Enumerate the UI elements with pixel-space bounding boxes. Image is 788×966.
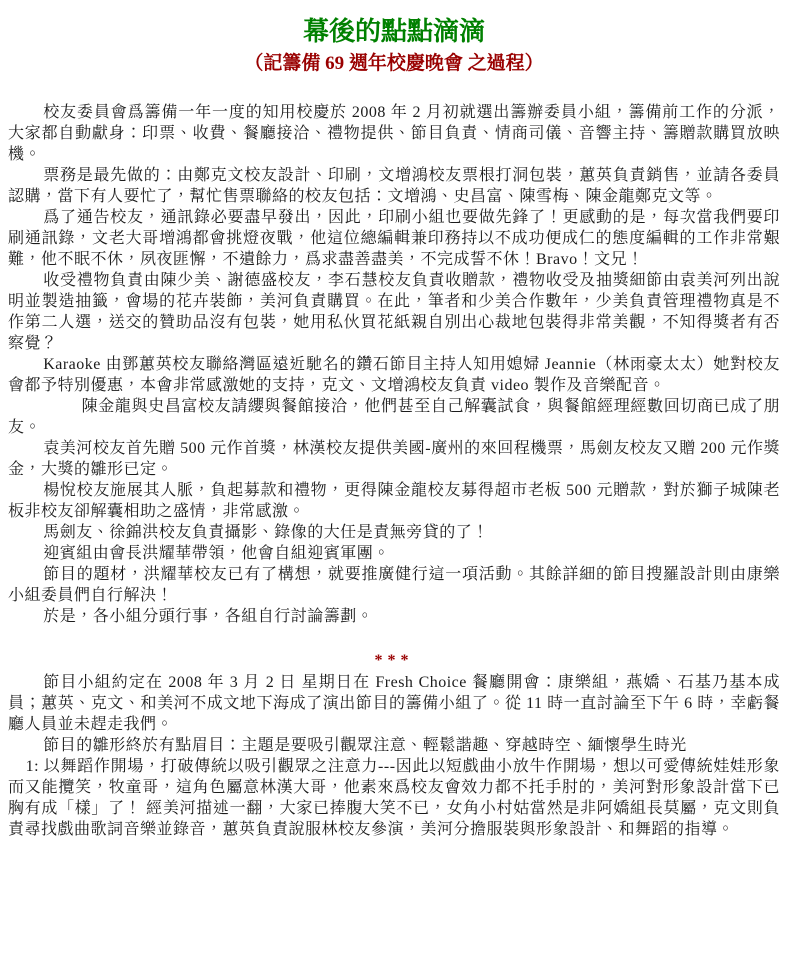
section-divider: *** [8, 650, 780, 671]
paragraph: 陳金龍與史昌富校友請纓與餐館接洽，他們甚至自己解囊試食，與餐館經理經數回切商已成… [8, 396, 780, 438]
paragraph: 票務是最先做的：由鄭克文校友設計、印刷，文增鴻校友票根打洞包裝，蕙英負責銷售，並… [8, 165, 780, 207]
paragraph: 節目小組約定在 2008 年 3 月 2 日 星期日在 Fresh Choice… [8, 672, 780, 735]
paragraph: 爲了通告校友，通訊錄必要盡早發出，因此，印刷小組也要做先鋒了！更感動的是，每次當… [8, 207, 780, 270]
paragraph: 於是，各小組分頭行事，各組自行討論籌劃。 [8, 606, 780, 627]
paragraph: 節目的題材，洪耀華校友已有了構想，就要推廣健行這一項活動。其餘詳細的節目搜羅設計… [8, 564, 780, 606]
paragraph: Karaoke 由鄧蕙英校友聯絡灣區遠近馳名的鑽石節目主持人知用媳婦 Jeann… [8, 354, 780, 396]
document-page: 幕後的點點滴滴 （記籌備 69 週年校慶晚會 之過程） 校友委員會爲籌備一年一度… [0, 0, 788, 860]
page-title: 幕後的點點滴滴 [8, 16, 780, 47]
page-subtitle: （記籌備 69 週年校慶晚會 之過程） [8, 53, 780, 76]
paragraph: 校友委員會爲籌備一年一度的知用校慶於 2008 年 2 月初就選出籌辦委員小組，… [8, 102, 780, 165]
paragraph: 收受禮物負責由陳少美、謝德盛校友，李石慧校友負責收贈款，禮物收受及抽獎細節由袁美… [8, 270, 780, 354]
paragraph: 馬劍友、徐錦洪校友負責攝影、錄像的大任是責無旁貸的了！ [8, 522, 780, 543]
paragraph: 1: 以舞蹈作開場，打破傳統以吸引觀眾之注意力---因此以短戲曲小放牛作開場，想… [8, 756, 780, 840]
paragraph: 楊悅校友施展其人脈，負起募款和禮物，更得陳金龍校友募得超市老板 500 元贈款，… [8, 480, 780, 522]
paragraph: 迎賓組由會長洪耀華帶領，他會自組迎賓軍團。 [8, 543, 780, 564]
paragraph: 袁美河校友首先贈 500 元作首獎，林漢校友提供美國-廣州的來回程機票，馬劍友校… [8, 438, 780, 480]
paragraph: 節目的雛形終於有點眉目：主題是要吸引觀眾注意、輕鬆諧趣、穿越時空、緬懷學生時光 [8, 735, 780, 756]
